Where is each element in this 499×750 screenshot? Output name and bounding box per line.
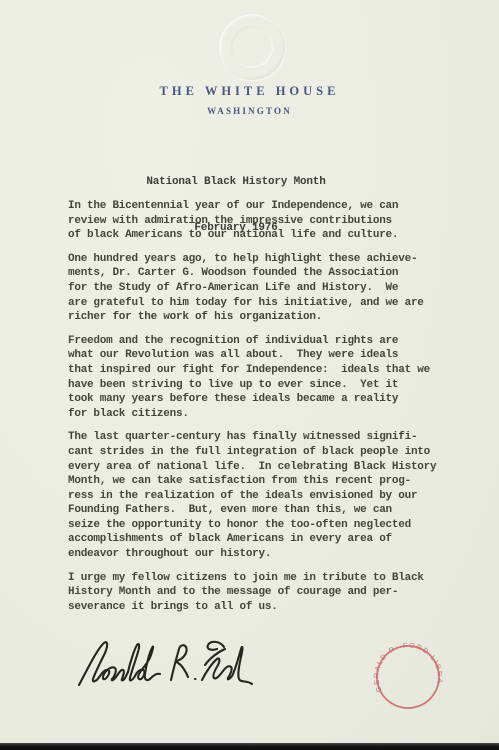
signature-ink-strokes	[76, 634, 256, 694]
letterhead-title: THE WHITE HOUSE	[0, 84, 499, 99]
letter-page: THE WHITE HOUSE WASHINGTON National Blac…	[0, 0, 499, 750]
ford-library-stamp: GERALD R. FORD LIBRARY	[353, 622, 462, 731]
paragraph-2: One hundred years ago, to help highlight…	[68, 252, 470, 325]
stamp-text: GERALD R. FORD LIBRARY	[353, 622, 444, 701]
letterhead: THE WHITE HOUSE WASHINGTON	[0, 84, 499, 116]
letter-title: National Black History Month	[66, 175, 406, 190]
paragraph-5: I urge my fellow citizens to join me in …	[68, 571, 470, 615]
signature-gerald-r-ford: Gerald R. Ford	[76, 634, 256, 694]
scanner-edge-strip	[0, 743, 499, 750]
paragraph-3: Freedom and the recognition of individua…	[68, 334, 470, 422]
paragraph-1: In the Bicentennial year of our Independ…	[68, 199, 470, 243]
paragraph-4: The last quarter-century has finally wit…	[68, 430, 470, 561]
letterhead-subtitle: WASHINGTON	[0, 106, 499, 116]
letter-body: In the Bicentennial year of our Independ…	[68, 199, 470, 623]
embossed-seal-inner-ring	[231, 26, 273, 68]
stamp-circle	[371, 640, 445, 714]
